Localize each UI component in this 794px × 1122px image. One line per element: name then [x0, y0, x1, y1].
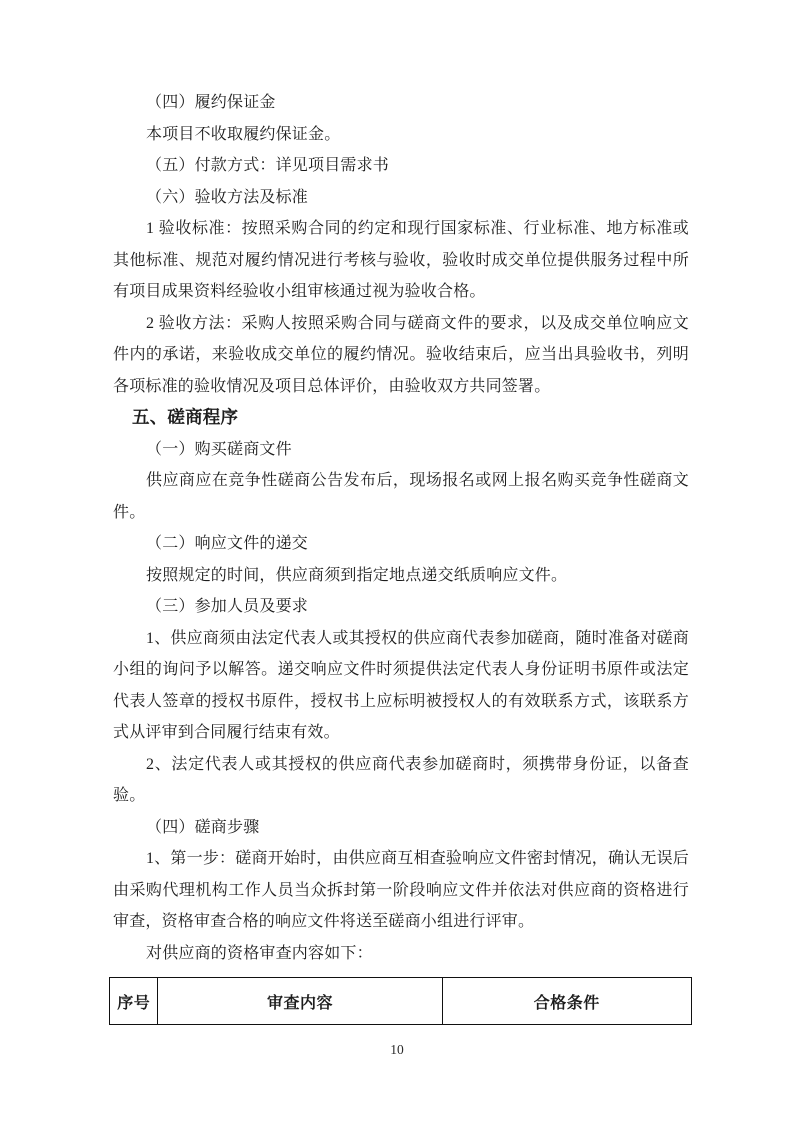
- page-number: 10: [0, 1042, 794, 1058]
- table-header-row: 序号审查内容合格条件: [110, 978, 692, 1025]
- paragraph: 2、法定代表人或其授权的供应商代表参加磋商时，须携带身份证，以备查验。: [113, 749, 689, 812]
- paragraph: （四）磋商步骤: [113, 812, 689, 844]
- paragraph: （一）购买磋商文件: [113, 434, 689, 466]
- paragraph: 2 验收方法：采购人按照采购合同与磋商文件的要求，以及成交单位响应文件内的承诺，…: [113, 308, 689, 403]
- paragraph: （五）付款方式：详见项目需求书: [113, 150, 689, 182]
- document-body: （四）履约保证金本项目不收取履约保证金。（五）付款方式：详见项目需求书（六）验收…: [113, 87, 689, 969]
- paragraph: 本项目不收取履约保证金。: [113, 119, 689, 151]
- paragraph: 对供应商的资格审查内容如下：: [113, 938, 689, 970]
- paragraph: （四）履约保证金: [113, 87, 689, 119]
- section-heading: 五、磋商程序: [113, 402, 689, 434]
- paragraph: （六）验收方法及标准: [113, 182, 689, 214]
- paragraph: 1、供应商须由法定代表人或其授权的供应商代表参加磋商，随时准备对磋商小组的询问予…: [113, 623, 689, 749]
- qualification-review-table: 序号审查内容合格条件: [109, 977, 692, 1025]
- paragraph: 1、第一步：磋商开始时，由供应商互相查验响应文件密封情况，确认无误后由采购代理机…: [113, 843, 689, 938]
- table-header-cell: 序号: [110, 978, 158, 1025]
- paragraph: （二）响应文件的递交: [113, 528, 689, 560]
- paragraph: 供应商应在竞争性磋商公告发布后，现场报名或网上报名购买竞争性磋商文件。: [113, 465, 689, 528]
- paragraph: 按照规定的时间，供应商须到指定地点递交纸质响应文件。: [113, 560, 689, 592]
- table-header-cell: 审查内容: [158, 978, 442, 1025]
- table-header-cell: 合格条件: [442, 978, 691, 1025]
- paragraph: （三）参加人员及要求: [113, 591, 689, 623]
- paragraph: 1 验收标准：按照采购合同的约定和现行国家标准、行业标准、地方标准或其他标准、规…: [113, 213, 689, 308]
- document-page: （四）履约保证金本项目不收取履约保证金。（五）付款方式：详见项目需求书（六）验收…: [0, 0, 794, 1122]
